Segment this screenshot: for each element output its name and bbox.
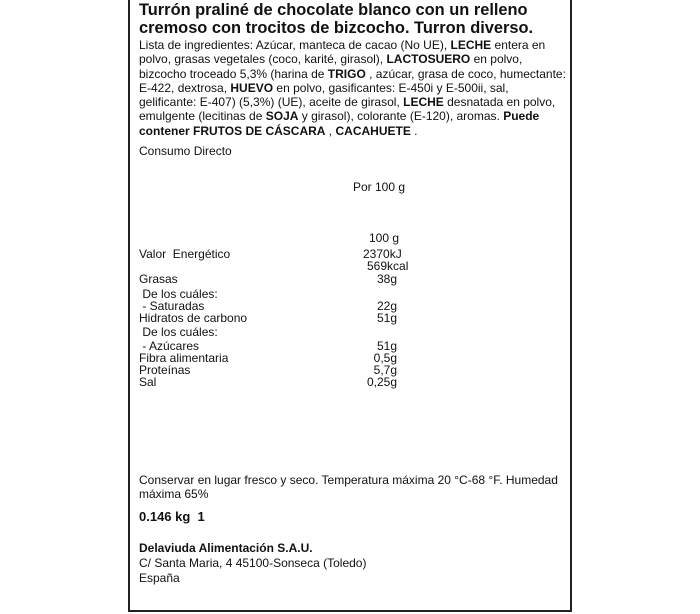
company-country: España: [139, 571, 366, 586]
storage-instructions: Conservar en lugar fresco y seco. Temper…: [139, 473, 569, 502]
nutrition-row-value: 51g: [377, 311, 397, 325]
nutrition-row-label: Sal: [139, 375, 156, 389]
nutrition-row-label: De los cuáles:: [139, 325, 218, 339]
ingredient-text: y girasol), colorante (E-120), aromas.: [298, 109, 503, 123]
product-label: Turrón praliné de chocolate blanco con u…: [128, 0, 572, 612]
nutrition-column-header: 100 g: [369, 231, 399, 245]
nutrition-row-value: 569kcal: [367, 259, 408, 273]
allergen-text: LACTOSUERO: [386, 52, 470, 66]
net-weight: 0.146 kg 1: [139, 509, 205, 524]
allergen-text: SOJA: [266, 109, 299, 123]
nutrition-row-label: Grasas: [139, 272, 178, 286]
product-title: Turrón praliné de chocolate blanco con u…: [139, 1, 569, 37]
company-name: Delaviuda Alimentación S.A.U.: [139, 541, 366, 556]
ingredients-list: Lista de ingredientes: Azúcar, manteca d…: [139, 38, 569, 138]
allergen-text: LECHE: [403, 95, 444, 109]
allergen-text: TRIGO: [328, 67, 366, 81]
nutrition-row-value: 0,25g: [367, 375, 397, 389]
nutrition-row-value: 38g: [377, 272, 397, 286]
ingredient-text: ,: [325, 124, 335, 138]
allergen-text: HUEVO: [230, 81, 273, 95]
ingredient-text: Lista de ingredientes: Azúcar, manteca d…: [139, 38, 451, 52]
company-info: Delaviuda Alimentación S.A.U. C/ Santa M…: [139, 541, 366, 586]
nutrition-row-label: Valor Energético: [139, 247, 230, 261]
allergen-text: LECHE: [451, 38, 492, 52]
company-address: C/ Santa Maria, 4 45100-Sonseca (Toledo): [139, 556, 366, 571]
usage-text: Consumo Directo: [139, 144, 232, 158]
per-100g-label: Por 100 g: [353, 180, 405, 194]
ingredient-text: .: [411, 124, 418, 138]
nutrition-row-label: Hidratos de carbono: [139, 311, 247, 325]
allergen-text: CACAHUETE: [335, 124, 410, 138]
